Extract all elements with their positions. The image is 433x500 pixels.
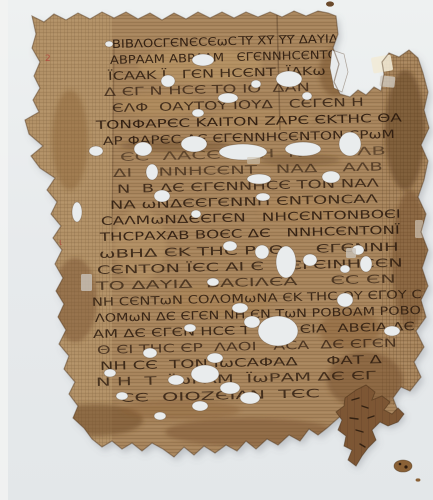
red-ink-mark: 2: [45, 54, 51, 64]
papyrus-crumb: [326, 1, 334, 6]
small-fragment: [394, 460, 412, 472]
papyrus-photo-canvas: ΒΙΒΛΟCΓЄΝЄCЄωC Ι̅Υ̅ Χ̅Υ̅ Υ̅Υ̅ ΔΑΥΙΔΑΒΡΑΑ…: [0, 0, 433, 500]
papyrus-crumb: [416, 478, 421, 481]
papyrus-photo: ΒΙΒΛΟCΓЄΝЄCЄωC Ι̅Υ̅ Χ̅Υ̅ Υ̅Υ̅ ΔΑΥΙΔΑΒΡΑΑ…: [0, 0, 433, 500]
mount-left-edge: [0, 0, 8, 500]
